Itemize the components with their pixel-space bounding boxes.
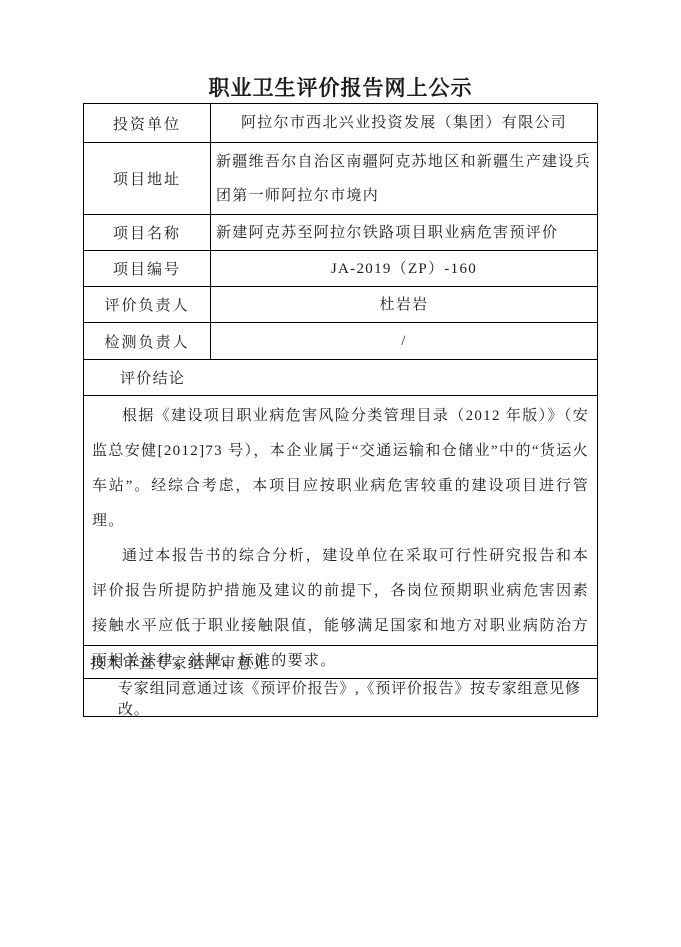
- document-page: 职业卫生评价报告网上公示 投资单位 阿拉尔市西北兴业投资发展（集团）有限公司 项…: [0, 0, 681, 947]
- conclusion-paragraph-1: 根据《建设项目职业病危害风险分类管理目录（2012 年版）》（安监总安健[201…: [92, 399, 589, 539]
- table-row: 评价负责人 杜岩岩: [84, 287, 597, 323]
- expert-review-label: 技术审查专家组评审意见: [84, 646, 597, 678]
- project-address-value: 新疆维吾尔自治区南疆阿克苏地区和新疆生产建设兵团第一师阿拉尔市境内: [211, 143, 597, 214]
- project-address-label: 项目地址: [84, 143, 211, 214]
- testing-lead-value: /: [211, 323, 597, 359]
- investor-value: 阿拉尔市西北兴业投资发展（集团）有限公司: [211, 104, 597, 142]
- investor-label: 投资单位: [84, 104, 211, 142]
- evaluation-lead-label: 评价负责人: [84, 287, 211, 322]
- expert-opinion-text: 专家组同意通过该《预评价报告》,《预评价报告》按专家组意见修改。: [84, 679, 597, 716]
- project-number-value: JA-2019（ZP）-160: [211, 251, 597, 286]
- table-row: 投资单位 阿拉尔市西北兴业投资发展（集团）有限公司: [84, 104, 597, 143]
- conclusion-text: 根据《建设项目职业病危害风险分类管理目录（2012 年版）》（安监总安健[201…: [84, 396, 597, 645]
- conclusion-label-row: 评价结论: [84, 360, 597, 396]
- project-number-label: 项目编号: [84, 251, 211, 286]
- testing-lead-label: 检测负责人: [84, 323, 211, 359]
- conclusion-label: 评价结论: [84, 360, 597, 395]
- table-row: 项目编号 JA-2019（ZP）-160: [84, 251, 597, 287]
- table-row: 项目名称 新建阿克苏至阿拉尔铁路项目职业病危害预评价: [84, 215, 597, 251]
- project-name-label: 项目名称: [84, 215, 211, 250]
- expert-opinion-row: 专家组同意通过该《预评价报告》,《预评价报告》按专家组意见修改。: [84, 679, 597, 716]
- report-table: 投资单位 阿拉尔市西北兴业投资发展（集团）有限公司 项目地址 新疆维吾尔自治区南…: [83, 103, 598, 717]
- table-row: 检测负责人 /: [84, 323, 597, 360]
- conclusion-body-row: 根据《建设项目职业病危害风险分类管理目录（2012 年版）》（安监总安健[201…: [84, 396, 597, 646]
- expert-review-label-row: 技术审查专家组评审意见: [84, 646, 597, 679]
- project-name-value: 新建阿克苏至阿拉尔铁路项目职业病危害预评价: [211, 215, 597, 250]
- evaluation-lead-value: 杜岩岩: [211, 287, 597, 322]
- table-row: 项目地址 新疆维吾尔自治区南疆阿克苏地区和新疆生产建设兵团第一师阿拉尔市境内: [84, 143, 597, 215]
- page-title: 职业卫生评价报告网上公示: [0, 72, 681, 102]
